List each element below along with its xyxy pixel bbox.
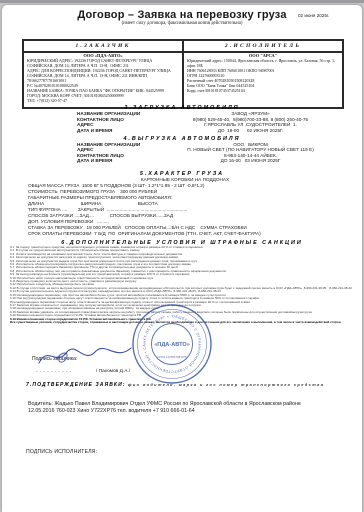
unloading-row: ДАТА И ВРЕМЯ ДО 16-00 03 ИЮНЯ 2025Г bbox=[27, 158, 345, 164]
executor-signature-label: ПОДПИСЬ ИСПОЛНИТЕЛЯ: bbox=[26, 449, 97, 455]
stamp-ogrn-text: ОГРН 1137847081075 bbox=[157, 355, 187, 359]
unloading-rows: НАЗВАНИЕ ОРГАНИЗАЦИИ ООО БИКРОМ АДРЕС П.… bbox=[27, 142, 345, 164]
driver-info: Водитель: Жадько Павел Владимирович Отде… bbox=[28, 401, 344, 416]
loading-rows: НАЗВАНИЕ ОРГАНИЗАЦИИ ЗАВОД «ЯРЗУМ» КОНТА… bbox=[27, 111, 345, 133]
cargo-details: КАРТОННЫЕ КОРОБКИ НА ПОДДОНАХОБЩАЯ МАССА… bbox=[28, 177, 342, 237]
executor-heading: 2.ИСПОЛНИТЕЛЬ bbox=[183, 40, 343, 52]
document-subtitle: (имеет силу договора, факсимильная копия… bbox=[2, 21, 362, 26]
customer-heading: 1.ЗАКАЗЧИК bbox=[23, 40, 183, 52]
customer-signature bbox=[36, 339, 141, 371]
signature-line: - - - - - - - - - - bbox=[36, 369, 72, 374]
confirmation-heading-main: 7.ПОДТВЕРЖДЕНИЕ ЗАЯВКИ: bbox=[26, 382, 126, 388]
customer-details: ООО «ПДА-АВТО» ЮРИДИЧЕСКИЙ АДРЕС: 192236… bbox=[23, 52, 183, 108]
document-page: Договор – Заявка на перевозку груза 02 и… bbox=[2, 5, 362, 512]
loading-row: ДАТА И ВРЕМЯ ДО 18-00 02 ИЮНЯ 2025Г. bbox=[27, 128, 345, 134]
customer-detail-lines: ЮРИДИЧЕСКИЙ АДРЕС: 192236 ГОРОД САНКТ-ПЕ… bbox=[27, 59, 179, 103]
customer-signatory-name: / Пахомов Д.А./ bbox=[96, 369, 130, 374]
driver-line-2: 12.05.2016 760-023 Хино У722ХР76 тел. во… bbox=[28, 408, 344, 415]
row-label: ДАТА И ВРЕМЯ bbox=[77, 128, 156, 134]
row-value: ДО 18-00 02 ИЮНЯ 2025Г. bbox=[156, 128, 345, 134]
executor-detail-lines: Юридический адрес: 150044, Ярославская о… bbox=[187, 59, 339, 93]
company-stamp: ОБЩЕСТВО С ОГРАНИЧЕННОЙ ОТВЕТСТВЕННОСТЬЮ… bbox=[130, 302, 214, 386]
document-date: 02 июня 2025г. bbox=[298, 13, 329, 18]
viewer-top-strip bbox=[0, 0, 364, 3]
row-label: ДАТА И ВРЕМЯ bbox=[77, 158, 156, 164]
executor-details: ООО "АРСА" Юридический адрес: 150044, Яр… bbox=[183, 52, 343, 108]
parties-table: 1.ЗАКАЗЧИК 2.ИСПОЛНИТЕЛЬ ООО «ПДА-АВТО» … bbox=[22, 39, 344, 109]
stamp-center-text: «ПДА-АВТО» bbox=[154, 342, 190, 348]
driver-line-1: Водитель: Жадько Павел Владимирович Отде… bbox=[28, 401, 344, 408]
row-value: ДО 16-00 03 ИЮНЯ 2025Г bbox=[156, 158, 345, 164]
